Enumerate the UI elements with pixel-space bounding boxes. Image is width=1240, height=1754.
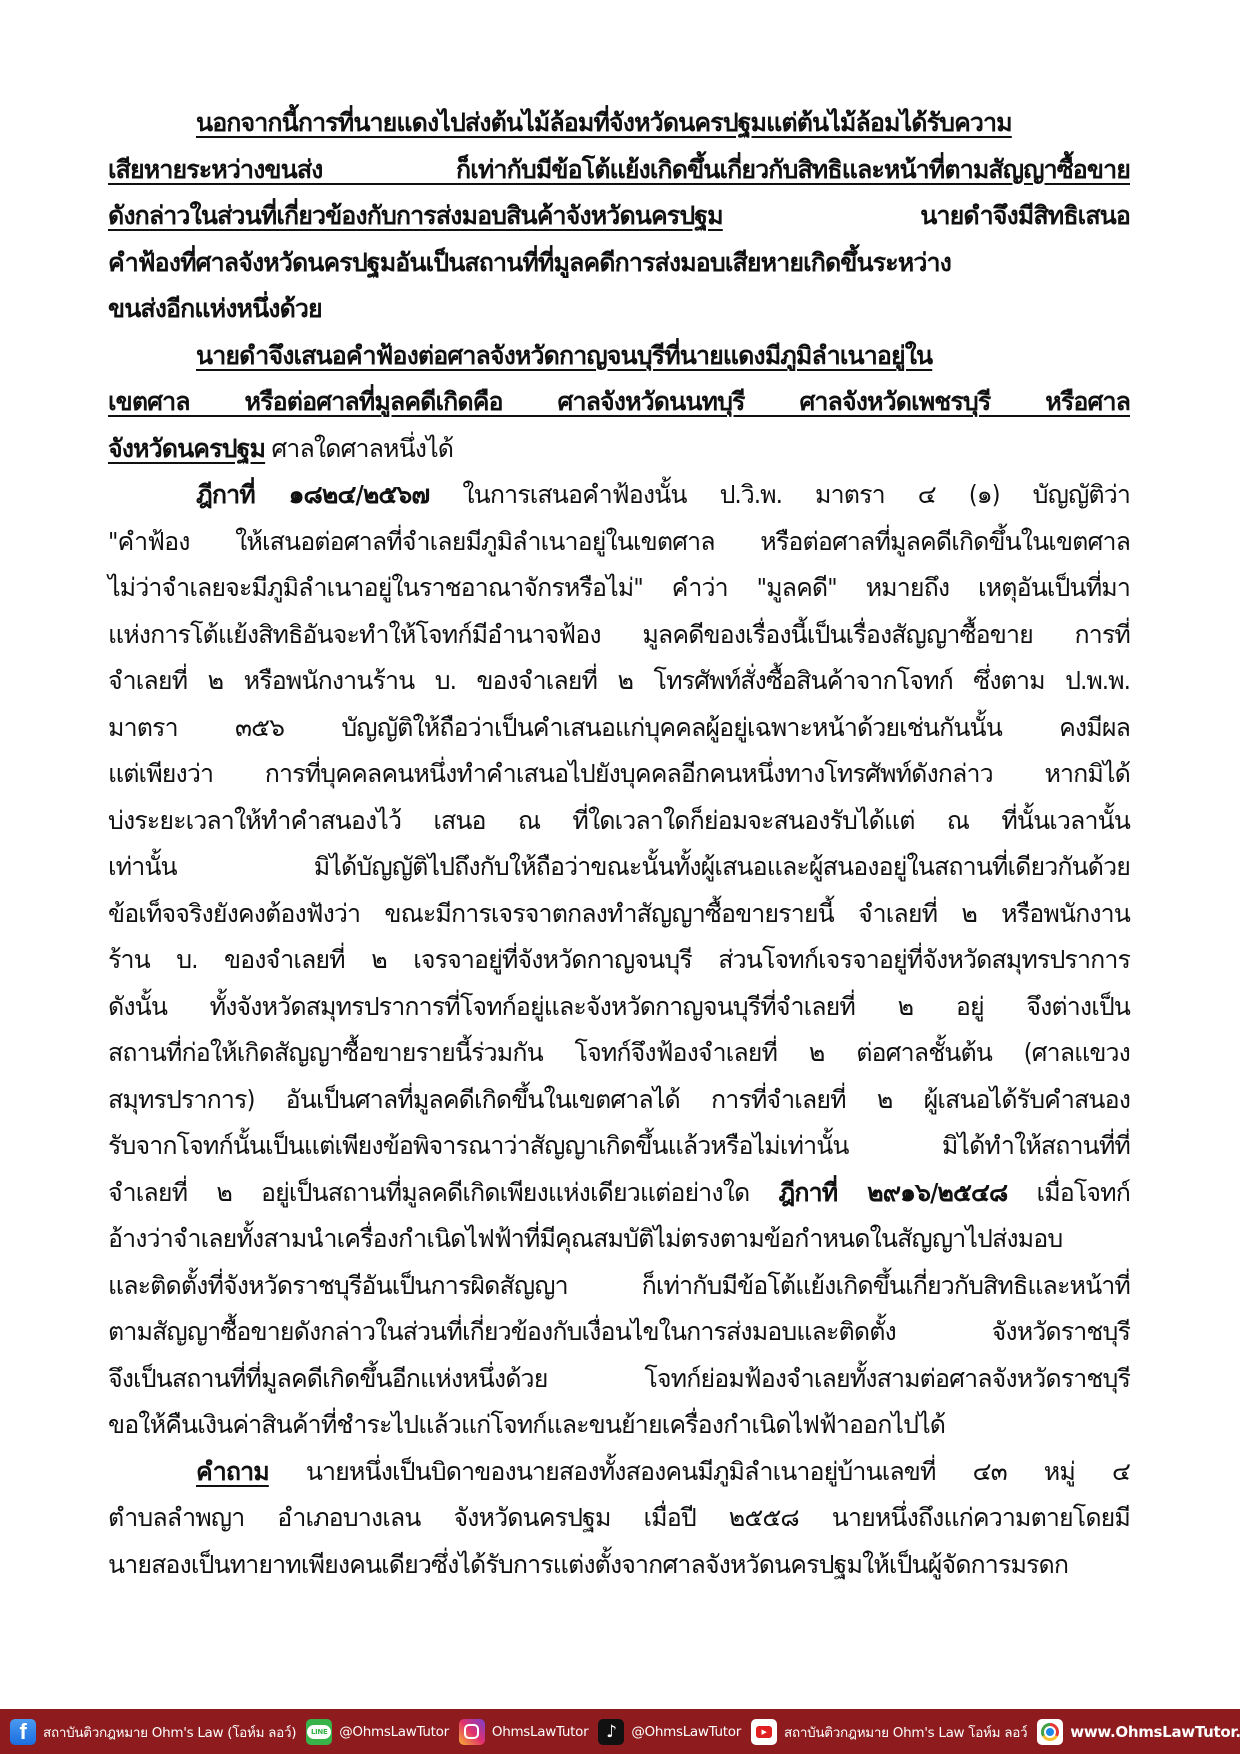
text-line: สมุทรปราการ) อันเป็นศาลที่มูลคดีเกิดขึ้น…: [108, 1077, 1130, 1124]
text-segment: ขอให้คืนเงินค่าสินค้าที่ชำระไปแล้วแก่โจท…: [108, 1410, 945, 1439]
youtube-icon: ▶: [751, 1719, 777, 1745]
text-segment: แต่เพียงว่า การที่บุคคลคนหนึ่งทำคำเสนอไป…: [108, 759, 1130, 788]
text-segment: อ้างว่าจำเลยทั้งสามนำเครื่องกำเนิดไฟฟ้าท…: [108, 1224, 1062, 1253]
text-line: นายสองเป็นทายาทเพียงคนเดียวซึ่งได้รับการ…: [108, 1542, 1130, 1589]
text-segment: จังหวัดนครปฐม: [108, 434, 265, 463]
text-line: มาตรา ๓๕๖ บัญญัติให้ถือว่าเป็นคำเสนอแก่บ…: [108, 705, 1130, 752]
text-segment: ขนส่งอีกแห่งหนึ่งด้วย: [108, 294, 322, 323]
tiktok-icon: ♪: [598, 1719, 624, 1745]
text-line: นอกจากนี้การที่นายแดงไปส่งต้นไม้ล้อมที่จ…: [108, 100, 1130, 147]
text-line: ตามสัญญาซื้อขายดังกล่าวในส่วนที่เกี่ยวข้…: [108, 1309, 1130, 1356]
text-segment: สมุทรปราการ) อันเป็นศาลที่มูลคดีเกิดขึ้น…: [108, 1085, 1130, 1114]
text-segment: ร้าน บ. ของจำเลยที่ ๒ เจรจาอยู่ที่จังหวั…: [108, 945, 1130, 974]
text-line: ไม่ว่าจำเลยจะมีภูมิลำเนาอยู่ในราชอาณาจัก…: [108, 565, 1130, 612]
text-segment: นายสองเป็นทายาทเพียงคนเดียวซึ่งได้รับการ…: [108, 1550, 1068, 1579]
text-line: บ่งระยะเวลาให้ทำคำสนองไว้ เสนอ ณ ที่ใดเว…: [108, 798, 1130, 845]
text-segment: เมื่อโจทก์: [1007, 1178, 1130, 1207]
text-line: แห่งการโต้แย้งสิทธิอันจะทำให้โจทก์มีอำนา…: [108, 612, 1130, 659]
chrome-icon: [1037, 1719, 1063, 1745]
text-line: จังหวัดนครปฐม ศาลใดศาลหนึ่งได้: [108, 426, 1130, 473]
text-segment: แห่งการโต้แย้งสิทธิอันจะทำให้โจทก์มีอำนา…: [108, 620, 1130, 649]
footer-website-link[interactable]: www.OhmsLawTutor.com: [1070, 1723, 1240, 1741]
text-line: จำเลยที่ ๒ อยู่เป็นสถานที่มูลคดีเกิดเพีย…: [108, 1170, 1130, 1217]
text-segment: รับจากโจทก์นั้นเป็นแต่เพียงข้อพิจารณาว่า…: [108, 1131, 1130, 1160]
footer-line[interactable]: LINE @OhmsLawTutor: [306, 1719, 449, 1745]
text-line: ฎีกาที่ ๑๘๒๔/๒๕๖๗ ในการเสนอคำฟ้องนั้น ป.…: [108, 472, 1130, 519]
text-segment: ตามสัญญาซื้อขายดังกล่าวในส่วนที่เกี่ยวข้…: [108, 1317, 1130, 1346]
text-line: ขอให้คืนเงินค่าสินค้าที่ชำระไปแล้วแก่โจท…: [108, 1402, 1130, 1449]
text-segment: ดังนั้น ทั้งจังหวัดสมุทรปราการที่โจทก์อย…: [108, 992, 1130, 1021]
text-segment: จำเลยที่ ๒ อยู่เป็นสถานที่มูลคดีเกิดเพีย…: [108, 1178, 778, 1207]
text-segment: เสียหายระหว่างขนส่ง ก็เท่ากับมีข้อโต้แย้…: [108, 155, 1130, 184]
document-page: นอกจากนี้การที่นายแดงไปส่งต้นไม้ล้อมที่จ…: [108, 100, 1130, 1588]
text-segment: ตำบลลำพญา อำเภอบางเลน จังหวัดนครปฐม เมื่…: [108, 1503, 1130, 1532]
text-segment: นอกจากนี้การที่นายแดงไปส่งต้นไม้ล้อมที่จ…: [196, 108, 1012, 137]
text-line: ดังนั้น ทั้งจังหวัดสมุทรปราการที่โจทก์อย…: [108, 984, 1130, 1031]
text-segment: นายหนึ่งเป็นบิดาของนายสองทั้งสองคนมีภูมิ…: [269, 1457, 1130, 1486]
text-segment: จำเลยที่ ๒ หรือพนักงานร้าน บ. ของจำเลยที…: [108, 666, 1130, 695]
text-segment: นายดำจึงมีสิทธิเสนอ: [723, 201, 1130, 230]
footer-tiktok-label: @OhmsLawTutor: [631, 1724, 741, 1740]
text-line: ร้าน บ. ของจำเลยที่ ๒ เจรจาอยู่ที่จังหวั…: [108, 937, 1130, 984]
text-line: จึงเป็นสถานที่ที่มูลคดีเกิดขึ้นอีกแห่งหน…: [108, 1356, 1130, 1403]
text-segment: ข้อเท็จจริงยังคงต้องฟังว่า ขณะมีการเจรจา…: [108, 899, 1130, 928]
text-segment: ไม่ว่าจำเลยจะมีภูมิลำเนาอยู่ในราชอาณาจัก…: [108, 573, 1130, 602]
text-line: จำเลยที่ ๒ หรือพนักงานร้าน บ. ของจำเลยที…: [108, 658, 1130, 705]
text-segment: เท่านั้น มิได้บัญญัติไปถึงกับให้ถือว่าขณ…: [108, 852, 1130, 881]
text-line: รับจากโจทก์นั้นเป็นแต่เพียงข้อพิจารณาว่า…: [108, 1123, 1130, 1170]
footer-facebook-label: สถาบันติวกฎหมาย Ohm's Law (โอห์ม ลอว์): [43, 1721, 296, 1743]
footer-facebook[interactable]: f สถาบันติวกฎหมาย Ohm's Law (โอห์ม ลอว์): [10, 1719, 296, 1745]
text-line: เสียหายระหว่างขนส่ง ก็เท่ากับมีข้อโต้แย้…: [108, 147, 1130, 194]
text-line: เท่านั้น มิได้บัญญัติไปถึงกับให้ถือว่าขณ…: [108, 844, 1130, 891]
text-segment: นายดำจึงเสนอคำฟ้องต่อศาลจังหวัดกาญจนบุรี…: [196, 341, 932, 370]
text-line: แต่เพียงว่า การที่บุคคลคนหนึ่งทำคำเสนอไป…: [108, 751, 1130, 798]
text-segment: ดังกล่าวในส่วนที่เกี่ยวข้องกับการส่งมอบส…: [108, 201, 723, 230]
text-segment: ฎีกาที่ ๑๘๒๔/๒๕๖๗: [196, 480, 429, 509]
text-segment: ในการเสนอคำฟ้องนั้น ป.วิ.พ. มาตรา ๔ (๑) …: [429, 480, 1130, 509]
footer-line-label: @OhmsLawTutor: [339, 1724, 449, 1740]
text-segment: ศาลใดศาลหนึ่งได้: [265, 434, 453, 463]
text-segment: ฎีกาที่ ๒๙๑๖/๒๕๔๘: [778, 1178, 1007, 1207]
line-icon: LINE: [306, 1719, 332, 1745]
text-line: นายดำจึงเสนอคำฟ้องต่อศาลจังหวัดกาญจนบุรี…: [108, 333, 1130, 380]
text-line: คำถาม นายหนึ่งเป็นบิดาของนายสองทั้งสองคน…: [108, 1449, 1130, 1496]
facebook-icon: f: [10, 1719, 36, 1745]
footer-instagram[interactable]: OhmsLawTutor: [459, 1719, 588, 1745]
footer-website[interactable]: www.OhmsLawTutor.com: [1037, 1719, 1240, 1745]
text-line: ข้อเท็จจริงยังคงต้องฟังว่า ขณะมีการเจรจา…: [108, 891, 1130, 938]
text-segment: บ่งระยะเวลาให้ทำคำสนองไว้ เสนอ ณ ที่ใดเว…: [108, 806, 1130, 835]
text-line: ขนส่งอีกแห่งหนึ่งด้วย: [108, 286, 1130, 333]
text-segment: "คำฟ้อง ให้เสนอต่อศาลที่จำเลยมีภูมิลำเนา…: [108, 527, 1130, 556]
text-line: อ้างว่าจำเลยทั้งสามนำเครื่องกำเนิดไฟฟ้าท…: [108, 1216, 1130, 1263]
text-line: และติดตั้งที่จังหวัดราชบุรีอันเป็นการผิด…: [108, 1263, 1130, 1310]
text-segment: และติดตั้งที่จังหวัดราชบุรีอันเป็นการผิด…: [108, 1271, 1130, 1300]
text-line: คำฟ้องที่ศาลจังหวัดนครปฐมอันเป็นสถานที่ท…: [108, 240, 1130, 287]
text-segment: จึงเป็นสถานที่ที่มูลคดีเกิดขึ้นอีกแห่งหน…: [108, 1364, 1130, 1393]
text-line: เขตศาล หรือต่อศาลที่มูลคดีเกิดคือ ศาลจัง…: [108, 379, 1130, 426]
instagram-icon: [459, 1719, 485, 1745]
text-segment: มาตรา ๓๕๖ บัญญัติให้ถือว่าเป็นคำเสนอแก่บ…: [108, 713, 1130, 742]
text-line: ตำบลลำพญา อำเภอบางเลน จังหวัดนครปฐม เมื่…: [108, 1495, 1130, 1542]
footer-youtube[interactable]: ▶ สถาบันติวกฎหมาย Ohm's Law โอห์ม ลอว์: [751, 1719, 1027, 1745]
text-segment: สถานที่ก่อให้เกิดสัญญาซื้อขายรายนี้ร่วมก…: [108, 1038, 1130, 1067]
text-line: "คำฟ้อง ให้เสนอต่อศาลที่จำเลยมีภูมิลำเนา…: [108, 519, 1130, 566]
text-segment: คำฟ้องที่ศาลจังหวัดนครปฐมอันเป็นสถานที่ท…: [108, 248, 951, 277]
footer-social-bar: f สถาบันติวกฎหมาย Ohm's Law (โอห์ม ลอว์)…: [0, 1709, 1240, 1754]
footer-youtube-label: สถาบันติวกฎหมาย Ohm's Law โอห์ม ลอว์: [784, 1721, 1027, 1743]
text-line: ดังกล่าวในส่วนที่เกี่ยวข้องกับการส่งมอบส…: [108, 193, 1130, 240]
text-segment: เขตศาล หรือต่อศาลที่มูลคดีเกิดคือ ศาลจัง…: [108, 387, 1130, 416]
footer-instagram-label: OhmsLawTutor: [492, 1724, 588, 1740]
text-segment: คำถาม: [196, 1457, 269, 1486]
text-line: สถานที่ก่อให้เกิดสัญญาซื้อขายรายนี้ร่วมก…: [108, 1030, 1130, 1077]
footer-tiktok[interactable]: ♪ @OhmsLawTutor: [598, 1719, 741, 1745]
